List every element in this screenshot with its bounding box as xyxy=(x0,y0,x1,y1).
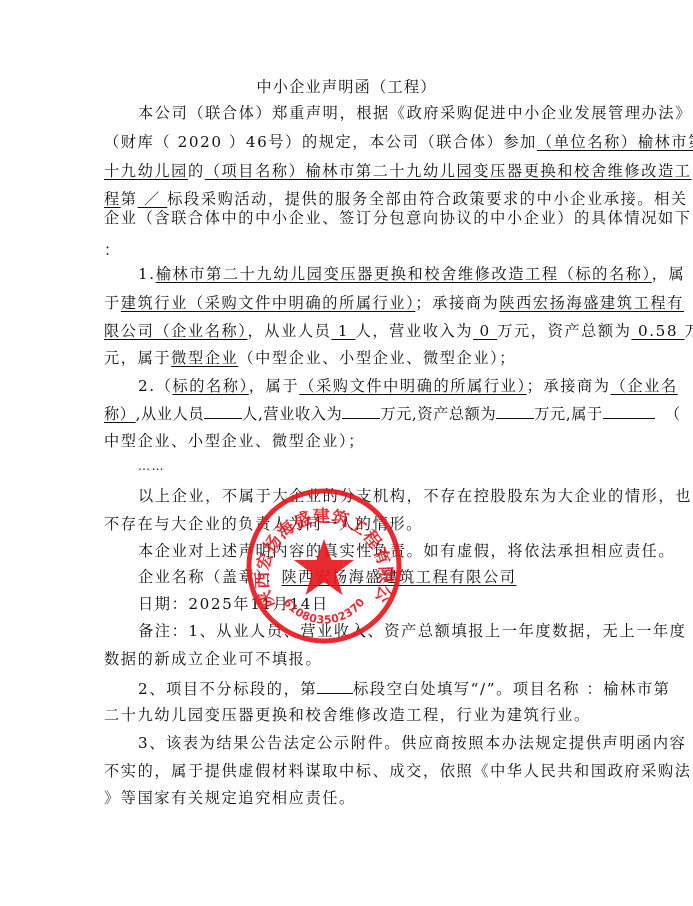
document-title: 中小企业声明函（工程） xyxy=(0,77,693,97)
item1-company-cont: 限公司（企业名称） xyxy=(104,322,248,340)
item2-revenue-blank xyxy=(342,403,380,419)
intro-text: （财库（ 2020 ）46号）的规定，本公司（联合体）参加 xyxy=(104,133,537,151)
item2-text: 人,营业收入为 xyxy=(242,405,342,423)
note-3-line-1: 3、该表为结果公告法定公示附件。供应商按照本办法规定提供声明函内容 xyxy=(104,733,590,753)
note-1-line-2: 数据的新成立企业可不填报。 xyxy=(104,649,590,669)
intro-line-3: 十九幼儿园的（项目名称）榆林市第二十九幼儿园变压器更换和校舍维修改造工 xyxy=(104,161,590,181)
item2-size-blank xyxy=(603,403,655,419)
note-lot-blank xyxy=(317,678,353,694)
intro-text: 的 xyxy=(188,162,205,180)
item2-text: （ xyxy=(655,405,681,423)
item1-line-3: 限公司（企业名称），从业人员 1 人，营业收入为 0 万元，资产总额为 0.58… xyxy=(104,321,590,341)
para-responsibility: 本企业对上述声明内容的真实性负责。如有虚假，将依法承担相应责任。 xyxy=(104,541,590,561)
intro-line-5: 企业（含联合体中的中小企业、签订分包意向协议的中小企业）的具体情况如下 xyxy=(104,208,590,228)
item1-line-1: 1.榆林市第二十九幼儿园变压器更换和校舍维修改造工程（标的名称），属 xyxy=(104,264,590,284)
project-name-cont: 程 xyxy=(104,190,121,208)
item1-text: ，属 xyxy=(652,265,686,283)
note-2-line-1: 2、项目不分标段的，第标段空白处填写“/”。项目名称 ：榆林市第 xyxy=(104,678,590,698)
para-not-large-1: 以上企业，不属于大企业的分支机构，不存在控股股东为大企业的情形，也 xyxy=(104,486,590,506)
para-not-large-2: 不存在与大企业的负责人为同一人的情形。 xyxy=(104,514,590,534)
intro-text: 第 xyxy=(121,190,138,208)
item1-company: 陕西宏扬海盛建筑工程有 xyxy=(499,294,684,312)
item2-text: ，属于 xyxy=(249,377,299,395)
intro-line-2: （财库（ 2020 ）46号）的规定，本公司（联合体）参加（单位名称）榆林市第二 xyxy=(104,132,590,152)
intro-line-1: 本公司（联合体）郑重声明，根据《政府采购促进中小企业发展管理办法》 xyxy=(104,103,590,123)
item1-industry: 建筑行业（采购文件中明确的所属行业） xyxy=(121,294,416,312)
ellipsis: …… xyxy=(104,456,590,476)
item1-assets: 0.58 xyxy=(632,322,685,340)
item1-text: 于 xyxy=(104,294,121,312)
item1-line-2: 于建筑行业（采购文件中明确的所属行业）；承接商为陕西宏扬海盛建筑工程有 xyxy=(104,293,590,313)
item1-text: ，从业人员 xyxy=(248,322,332,340)
item1-text: （中型企业、小型企业、微型企业）； xyxy=(238,349,516,367)
item1-employees: 1 xyxy=(331,322,355,340)
item1-size: 微型企业 xyxy=(171,349,238,367)
item2-employees-blank xyxy=(204,403,242,419)
lot-number: ／ xyxy=(138,190,168,208)
item1-text: 万元，资产总额为 xyxy=(497,322,631,340)
item1-project: 榆林市第二十九幼儿园变压器更换和校舍维修改造工程（标的名称） xyxy=(156,265,652,283)
item2-line-2: 称）,从业人员人,营业收入为万元,资产总额为万元,属于（ xyxy=(104,403,590,423)
item1-number: 1. xyxy=(138,265,156,283)
unit-name-cont: 十九幼儿园 xyxy=(104,162,188,180)
item2-number: 2.（ xyxy=(138,377,172,395)
signature-company: 陕西宏扬海盛建筑工程有限公司 xyxy=(282,568,517,586)
item1-text: 元，属于 xyxy=(104,349,171,367)
item2-text: ,从业人员 xyxy=(136,405,205,423)
date-value: 2025年11月14日 xyxy=(188,595,328,613)
item2-company-cont: 称） xyxy=(104,405,136,423)
item2-text: ；承接商为 xyxy=(527,377,611,395)
note-2-line-2: 二十九幼儿园变压器更换和校舍维修改造工程，行业为建筑行业。 xyxy=(104,705,590,725)
item2-text: 万元,资产总额为 xyxy=(380,405,496,423)
intro-line-6: ： xyxy=(104,240,590,260)
intro-text: 标段采购活动，提供的服务全部由符合政策要求的中小企业承接。相关 xyxy=(167,190,687,208)
item1-line-4: 元，属于微型企业（中型企业、小型企业、微型企业）； xyxy=(104,348,590,368)
item2-subject: 标的名称） xyxy=(172,377,248,395)
note-3-line-3: 》等国家有关规定追究相应责任。 xyxy=(104,788,590,808)
item1-text: 人，营业收入为 xyxy=(356,322,474,340)
project-name: （项目名称）榆林市第二十九幼儿园变压器更换和校舍维修改造工 xyxy=(205,162,692,180)
item2-assets-blank xyxy=(496,403,534,419)
item1-revenue: 0 xyxy=(473,322,497,340)
item2-line-1: 2.（标的名称），属于（采购文件中明确的所属行业）；承接商为（企业名 xyxy=(104,376,590,396)
item1-text: ；承接商为 xyxy=(415,294,499,312)
note-1-line-1: 备注：1、从业人员、营业收入、资产总额填报上一年度数据，无上一年度 xyxy=(104,621,590,641)
item2-industry: （采购文件中明确的所属行业） xyxy=(299,377,526,395)
item1-text: 万 xyxy=(685,322,693,340)
unit-name: （单位名称）榆林市第二 xyxy=(537,133,693,151)
note-3-line-2: 不实的，属于提供虚假材料谋取中标、成交，依照《中华人民共和国政府采购法 xyxy=(104,761,590,781)
date-line: 日期：2025年11月14日 xyxy=(104,594,590,614)
intro-line-4: 程第 ／ 标段采购活动，提供的服务全部由符合政策要求的中小企业承接。相关 xyxy=(104,189,590,209)
note-text: 标段空白处填写“/”。项目名称 ：榆林市第 xyxy=(353,680,670,698)
signature-label: 企业名称（盖章）： xyxy=(138,568,282,586)
date-label: 日期： xyxy=(138,595,188,613)
signature-line: 企业名称（盖章）：陕西宏扬海盛建筑工程有限公司 xyxy=(104,567,590,587)
document-page: 中小企业声明函（工程） 本公司（联合体）郑重声明，根据《政府采购促进中小企业发展… xyxy=(0,0,693,906)
item2-company: （企业名 xyxy=(611,377,678,395)
item2-line-3: 中型企业、小型企业、微型企业）； xyxy=(104,431,590,451)
note-text: 2、项目不分标段的，第 xyxy=(138,680,317,698)
item2-text: 万元,属于 xyxy=(534,405,603,423)
